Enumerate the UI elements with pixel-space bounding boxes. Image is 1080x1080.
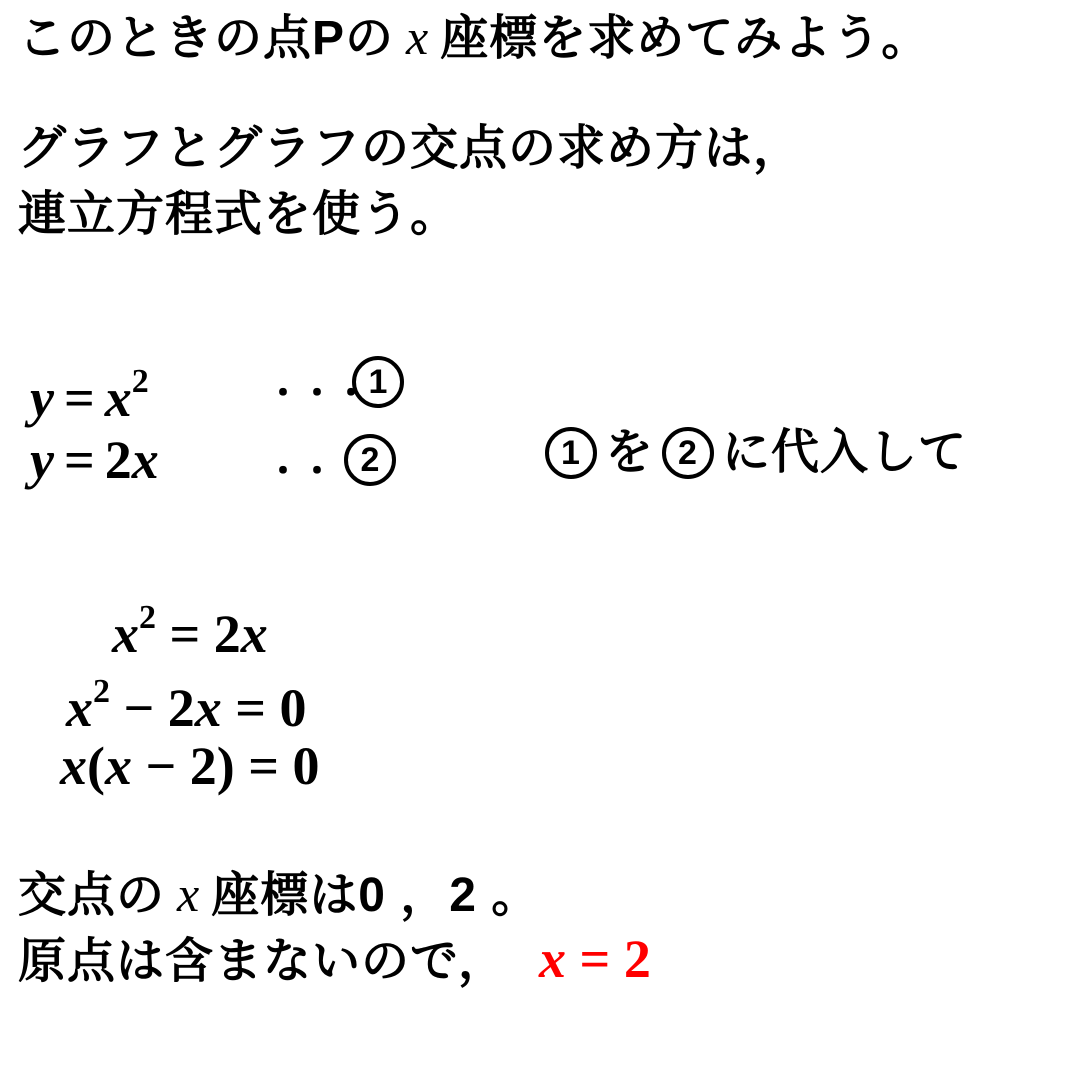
step1-exponent: 2 [139,599,156,636]
step1-mid: = 2 [156,604,241,664]
derivation-step-2: x2 − 2x = 0 [66,660,307,740]
step2-base: x [66,678,93,738]
conclusion-x-variable: x [177,866,199,922]
equation-2-rhs-var: x [132,430,159,490]
intro-line-3: 連立方程式を使う。 [18,186,459,244]
equation-2-lhs: y [30,430,54,490]
x-variable-inline: x [406,9,428,65]
step1-base: x [112,604,139,664]
equation-1-label-circle: 1 [352,356,404,408]
step2-tail: = 0 [222,678,307,738]
final-answer-var: x [539,929,566,989]
equation-1-rhs-base: x [105,368,132,428]
equation-1-equals: = [54,368,105,428]
conclusion-line-1-pre: 交点の [18,869,165,922]
conclusion-line-2: 原点は含まないので，x = 2 [18,930,651,991]
step2-var2: x [195,678,222,738]
intro-line-1: このときの点Pのx座標を求めてみよう。 [18,8,930,68]
final-answer-rest: = 2 [566,929,651,989]
note-circle-2: 2 [662,427,714,479]
derivation-step-3: x(x − 2) = 0 [60,734,320,798]
step3-var1: x [60,736,87,796]
note-circle-1: 1 [545,427,597,479]
equation-1-dots: ・・・ [265,362,367,426]
intro-line-2: グラフとグラフの交点の求め方は， [18,120,802,178]
equation-1: y=x2 ・・・ 1 [30,350,1050,430]
step3-tail: − 2) = 0 [132,736,320,796]
equation-2-label-circle: 2 [344,434,396,486]
step1-var2: x [241,604,268,664]
note-tail: に代入して [722,424,967,482]
equation-2-equals: = [54,430,105,490]
intro-line-1-pre: このときの点Pの [18,12,394,65]
equation-1-lhs: y [30,368,54,428]
final-answer: x = 2 [539,929,651,989]
step2-mid: − 2 [110,678,195,738]
step2-exponent: 2 [93,673,110,710]
note-particle: を [605,424,654,482]
equation-1-exponent: 2 [132,363,149,400]
conclusion-line-1: 交点のx座標は0 ，2 。 [18,865,540,925]
conclusion-line-2-pre: 原点は含まないので， [18,935,507,988]
step3-var2: x [105,736,132,796]
substitution-note: 1 を 2 に代入して [545,424,967,482]
intro-line-3-text: 連立方程式を使う。 [18,188,459,241]
conclusion-line-1-post: 座標は0 ，2 。 [211,869,540,922]
step3-open-paren: ( [87,736,105,796]
math-lesson-slide: このときの点Pのx座標を求めてみよう。 グラフとグラフの交点の求め方は， 連立方… [0,0,1080,1080]
equation-2-coefficient: 2 [105,430,132,490]
intro-line-1-post: 座標を求めてみよう。 [440,12,930,65]
intro-line-2-text: グラフとグラフの交点の求め方は， [18,122,802,175]
derivation-step-1: x2 = 2x [112,586,268,666]
